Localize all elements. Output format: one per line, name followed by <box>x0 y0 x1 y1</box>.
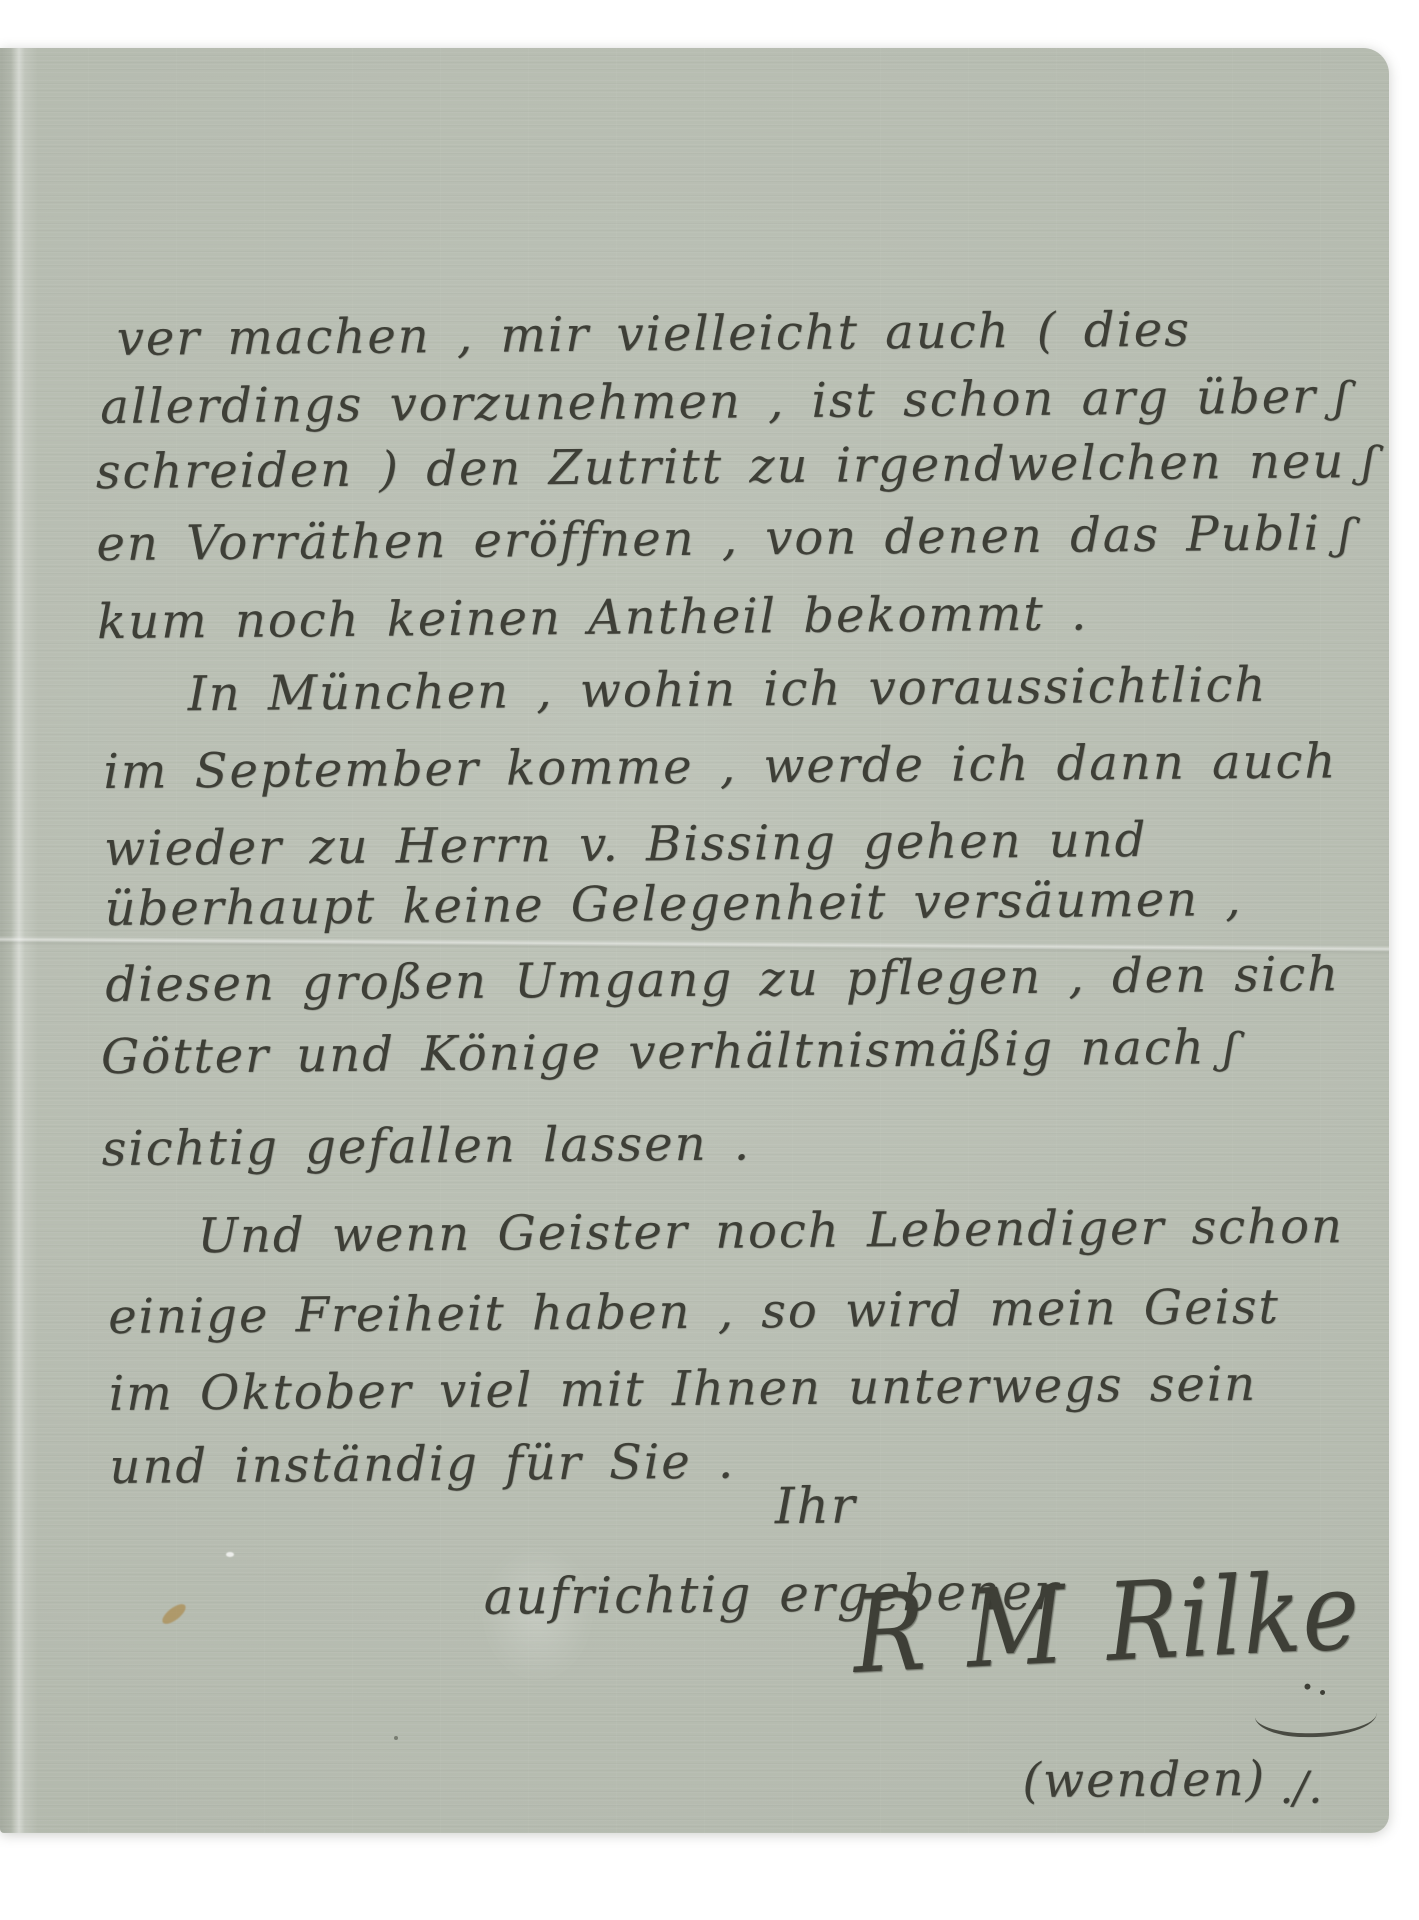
hyphenation-mark: ʃ <box>1359 433 1380 492</box>
letter-scan: ver machen , mir vielleicht auch ( dies … <box>0 0 1419 1920</box>
handwritten-line-5: kum noch keinen Antheil bekommt . <box>97 584 1089 651</box>
letter-paper: ver machen , mir vielleicht auch ( dies … <box>0 48 1389 1833</box>
hyphenation-mark: ʃ <box>1220 1020 1241 1079</box>
tail-mark: ./. <box>1279 1759 1322 1817</box>
signature-flourish <box>1254 1704 1377 1739</box>
handwritten-line-1: ver machen , mir vielleicht auch ( dies <box>116 301 1191 368</box>
handwritten-line-13: Und wenn Geister noch Lebendiger schon <box>197 1197 1344 1265</box>
handwritten-line-10: diesen großen Umgang zu pflegen , den si… <box>105 945 1340 1014</box>
handwritten-line-12: sichtig gefallen lassen . <box>102 1114 752 1178</box>
handwritten-line-6: In München , wohin ich voraussichtlich <box>188 656 1268 723</box>
signature-flourish-dots <box>1304 1684 1310 1690</box>
handwriting-layer: ver machen , mir vielleicht auch ( dies … <box>0 37 1397 1834</box>
handwritten-line-16: und inständig für Sie . <box>109 1433 735 1496</box>
handwritten-line-8: wieder zu Herrn v. Bissing gehen und <box>104 811 1148 878</box>
signature: R M Rilke <box>852 1578 1361 1667</box>
handwritten-line-14: einige Freiheit haben , so wird mein Gei… <box>108 1278 1280 1346</box>
handwritten-line-9: überhaupt keine Gelegenheit versäumen , <box>104 870 1242 938</box>
handwritten-line-4: en Vorräthen eröffnen , von denen das Pu… <box>96 504 1353 575</box>
turn-note: (wenden) <box>1022 1750 1266 1810</box>
handwritten-line-11: Götter und Könige verhältnismäßig nachʃ <box>101 1018 1238 1088</box>
handwritten-line-7: im September komme , werde ich dann auch <box>103 732 1337 801</box>
hyphenation-mark: ʃ <box>1331 369 1352 428</box>
handwritten-line-15: im Oktober viel mit Ihnen unterwegs sein <box>109 1355 1258 1423</box>
handwritten-line-3: schreiden ) den Zutritt zu irgendwelchen… <box>96 432 1378 503</box>
handwritten-line-2: allerdings vorzunehmen , ist schon arg ü… <box>100 367 1349 438</box>
valediction: Ihr <box>775 1477 857 1536</box>
hyphenation-mark: ʃ <box>1335 506 1356 565</box>
